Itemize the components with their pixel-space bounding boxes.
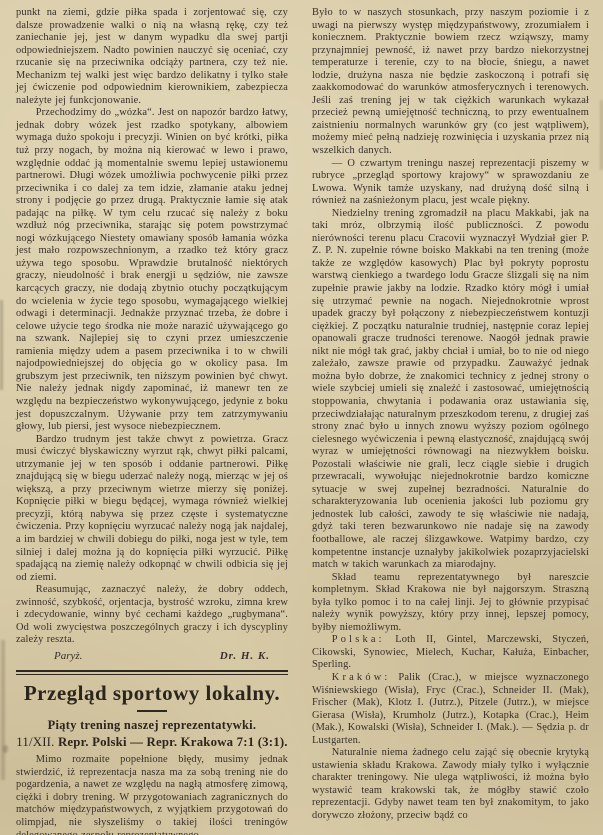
title-underline-rule [137,710,167,712]
match-date: 11/XII. [16,735,54,749]
paragraph: punkt na ziemi, gdzie piłka spada i zorj… [16,7,288,107]
paragraph: Reasumując, zaznaczyć należy, że dobry o… [16,584,288,647]
right-column: Było to w naszych stosunkach, przy naszy… [312,7,589,823]
edge-bleed-smudge [3,745,8,753]
paragraph: Bardzo trudnym jest także chwyt z powiet… [16,434,288,585]
paragraph: Niedzielny trening zgromadził na placu M… [312,208,589,572]
lineup-krakow-label: Kraków: [332,672,391,683]
lineup-krakow: Kraków: Palik (Crac.), w miejsce wyznacz… [312,672,589,747]
paragraph: — O czwartym treningu naszej reprezentac… [312,158,589,208]
newspaper-page: punkt na ziemi, gdzie piłka spada i zorj… [0,0,603,835]
section-divider-rule [16,670,288,675]
paragraph: Przechodzimy do „wózka“. Jest on napozór… [16,107,288,433]
edge-bleed-smudge [0,300,3,390]
signature-row: Paryż. Dr. H. K. [16,647,288,663]
match-score: Repr. Polski — Repr. Krakowa 7:1 (3:1). [58,735,288,749]
article-subtitle: Piąty trening naszej reprezentatywki. [16,718,288,733]
paragraph: Skład teamu reprezentatywnego był naresz… [312,572,589,635]
lineup-krakow-players: Palik (Crac.), w miejsce wyznaczonego Wi… [312,672,589,746]
match-result-line: 11/XII. Repr. Polski — Repr. Krakowa 7:1… [16,734,288,750]
signature-author: Dr. H. K. [220,649,270,663]
paragraph: Naturalnie niema żadnego celu zająć się … [312,747,589,822]
section-title: Przegląd sportowy lokalny. [16,681,288,705]
left-column: punkt na ziemi, gdzie piłka spada i zorj… [16,7,288,835]
paragraph: Było to w naszych stosunkach, przy naszy… [312,7,589,158]
edge-bleed-smudge [1,640,5,780]
lineup-polska: Polska: Loth II, Gintel, Marczewski, Sty… [312,634,589,672]
signature-place: Paryż. [54,649,82,663]
lineup-polska-label: Polska: [332,634,385,645]
paragraph: Mimo rozmaite popełnione błędy, musimy j… [16,754,288,835]
